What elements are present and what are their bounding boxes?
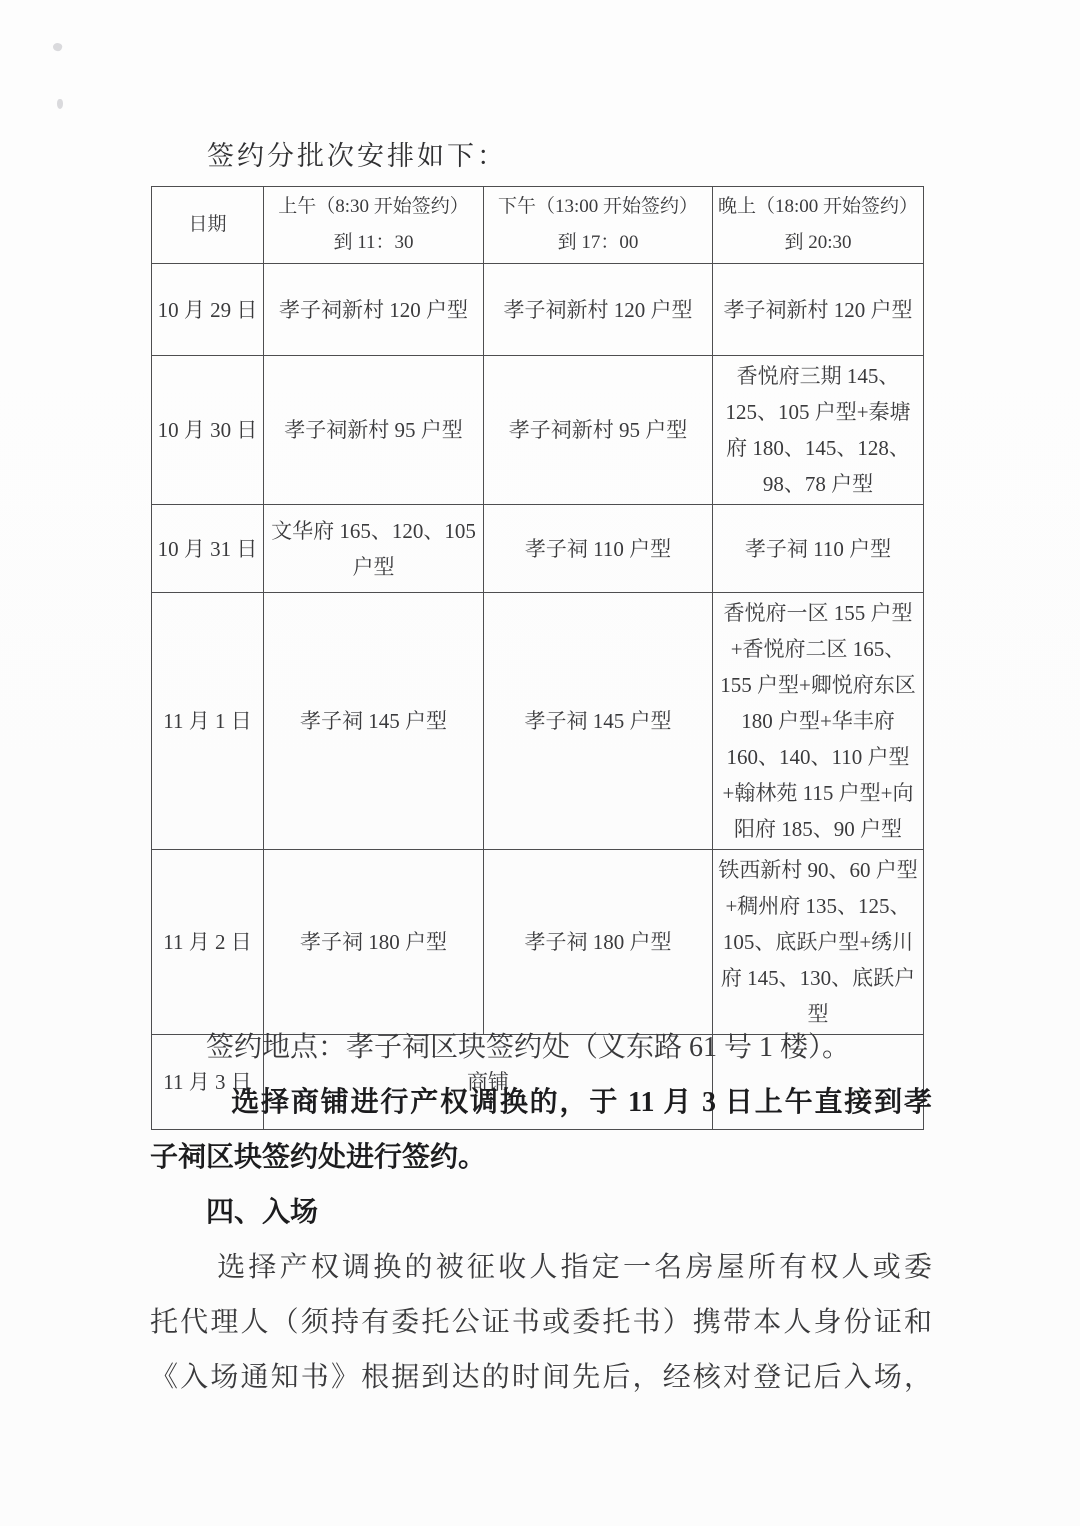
morning-cell: 文华府 165、120、105 户型 — [264, 505, 484, 593]
date-cell: 10 月 31 日 — [152, 505, 264, 593]
date-cell: 11 月 2 日 — [152, 850, 264, 1035]
evening-cell: 孝子祠 110 户型 — [713, 505, 924, 593]
entry-paragraph-line1: 选择产权调换的被征收人指定一名房屋所有权人或委 — [150, 1240, 932, 1295]
table-row: 11 月 1 日 孝子祠 145 户型 孝子祠 145 户型 香悦府一区 155… — [152, 593, 924, 850]
scan-artifact-speck — [52, 42, 63, 53]
table-row: 10 月 30 日 孝子祠新村 95 户型 孝子祠新村 95 户型 香悦府三期 … — [152, 356, 924, 505]
table-row: 11 月 2 日 孝子祠 180 户型 孝子祠 180 户型 铁西新村 90、6… — [152, 850, 924, 1035]
entry-paragraph-line2: 托代理人（须持有委托公证书或委托书）携带本人身份证和 — [150, 1295, 932, 1350]
document-page: 签约分批次安排如下： 日期 上午（8:30 开始签约） 到 11：30 下午（1… — [0, 0, 1080, 1526]
col-header-evening: 晚上（18:00 开始签约） 到 20:30 — [713, 187, 924, 264]
col-header-date: 日期 — [152, 187, 264, 264]
evening-cell: 香悦府三期 145、125、105 户型+秦塘府 180、145、128、98、… — [713, 356, 924, 505]
table-row: 10 月 31 日 文华府 165、120、105 户型 孝子祠 110 户型 … — [152, 505, 924, 593]
afternoon-cell: 孝子祠新村 95 户型 — [484, 356, 713, 505]
date-cell: 10 月 30 日 — [152, 356, 264, 505]
scan-artifact-speck — [57, 99, 63, 109]
morning-cell: 孝子祠新村 95 户型 — [264, 356, 484, 505]
shop-note-line2: 子祠区块签约处进行签约。 — [150, 1130, 932, 1185]
evening-cell: 孝子祠新村 120 户型 — [713, 264, 924, 356]
morning-cell: 孝子祠新村 120 户型 — [264, 264, 484, 356]
shop-note-line1: 选择商铺进行产权调换的，于 11 月 3 日上午直接到孝 — [150, 1075, 932, 1130]
evening-cell: 香悦府一区 155 户型+香悦府二区 165、155 户型+卿悦府东区 180 … — [713, 593, 924, 850]
col-header-afternoon-line1: 下午（13:00 开始签约） — [488, 189, 708, 225]
afternoon-cell: 孝子祠 180 户型 — [484, 850, 713, 1035]
table-row: 10 月 29 日 孝子祠新村 120 户型 孝子祠新村 120 户型 孝子祠新… — [152, 264, 924, 356]
col-header-morning: 上午（8:30 开始签约） 到 11：30 — [264, 187, 484, 264]
col-header-morning-line1: 上午（8:30 开始签约） — [268, 189, 479, 225]
morning-cell: 孝子祠 145 户型 — [264, 593, 484, 850]
col-header-evening-line1: 晚上（18:00 开始签约） — [717, 189, 919, 225]
afternoon-cell: 孝子祠 110 户型 — [484, 505, 713, 593]
section-heading-entry: 四、入场 — [150, 1185, 932, 1240]
morning-cell: 孝子祠 180 户型 — [264, 850, 484, 1035]
col-header-morning-line2: 到 11：30 — [268, 225, 479, 261]
table-caption: 签约分批次安排如下： — [207, 134, 507, 173]
afternoon-cell: 孝子祠 145 户型 — [484, 593, 713, 850]
date-cell: 11 月 1 日 — [152, 593, 264, 850]
signing-location-line: 签约地点：孝子祠区块签约处（义东路 61 号 1 楼）。 — [150, 1020, 932, 1075]
col-header-evening-line2: 到 20:30 — [717, 225, 919, 261]
afternoon-cell: 孝子祠新村 120 户型 — [484, 264, 713, 356]
body-paragraphs: 签约地点：孝子祠区块签约处（义东路 61 号 1 楼）。 选择商铺进行产权调换的… — [150, 1020, 932, 1405]
col-header-afternoon-line2: 到 17：00 — [488, 225, 708, 261]
signing-schedule-table: 日期 上午（8:30 开始签约） 到 11：30 下午（13:00 开始签约） … — [151, 186, 924, 1130]
evening-cell: 铁西新村 90、60 户型+稠州府 135、125、105、底跃户型+绣川府 1… — [713, 850, 924, 1035]
table-header-row: 日期 上午（8:30 开始签约） 到 11：30 下午（13:00 开始签约） … — [152, 187, 924, 264]
entry-paragraph-line3: 《入场通知书》根据到达的时间先后，经核对登记后入场， — [150, 1350, 932, 1405]
date-cell: 10 月 29 日 — [152, 264, 264, 356]
col-header-afternoon: 下午（13:00 开始签约） 到 17：00 — [484, 187, 713, 264]
col-header-date-label: 日期 — [156, 207, 259, 243]
